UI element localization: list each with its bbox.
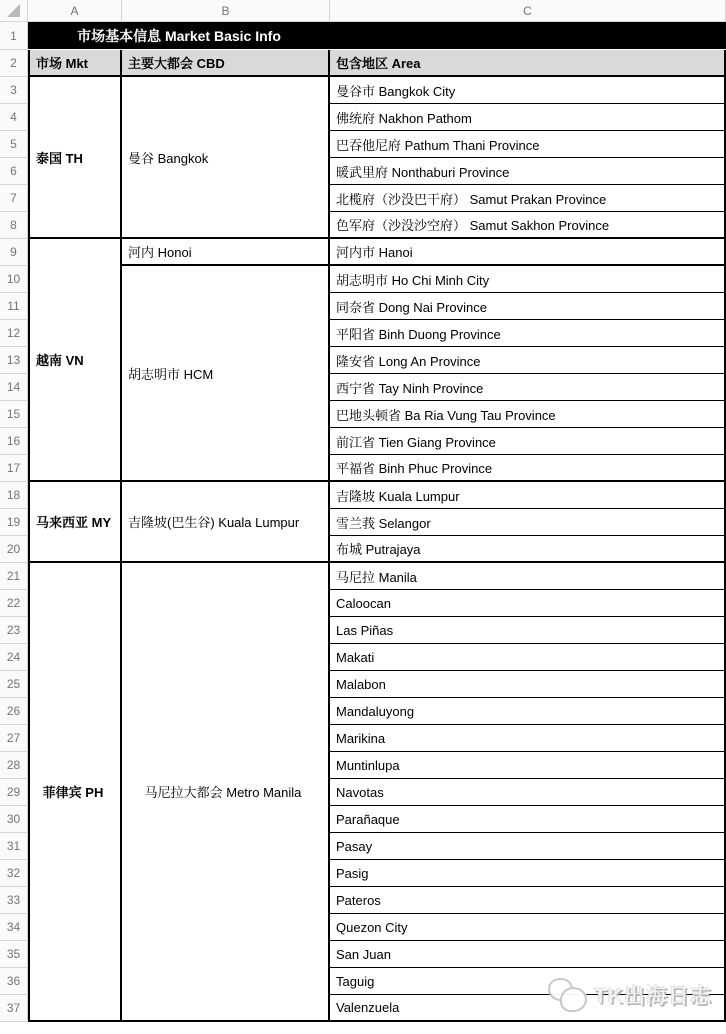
cell-area[interactable]: 平阳省 Binh Duong Province	[330, 320, 726, 347]
row-header-13[interactable]: 13	[0, 347, 28, 374]
cell-area[interactable]: Navotas	[330, 779, 726, 806]
row-header-22[interactable]: 22	[0, 590, 28, 617]
row-header-20[interactable]: 20	[0, 536, 28, 563]
cell-area[interactable]: 暖武里府 Nonthaburi Province	[330, 158, 726, 185]
column-header-b[interactable]: B	[122, 0, 330, 22]
cell-cbd[interactable]: 胡志明市 HCM	[122, 266, 330, 482]
cell-cbd[interactable]: 马尼拉大都会 Metro Manila	[122, 563, 330, 1022]
row-header-9[interactable]: 9	[0, 239, 28, 266]
cell-area[interactable]: 佛统府 Nakhon Pathom	[330, 104, 726, 131]
cell-area[interactable]: 西宁省 Tay Ninh Province	[330, 374, 726, 401]
cell-area[interactable]: Malabon	[330, 671, 726, 698]
cell-area[interactable]: Pasay	[330, 833, 726, 860]
cell-area[interactable]: Marikina	[330, 725, 726, 752]
row-header-5[interactable]: 5	[0, 131, 28, 158]
cell-area[interactable]: Caloocan	[330, 590, 726, 617]
row-header-34[interactable]: 34	[0, 914, 28, 941]
row-header-6[interactable]: 6	[0, 158, 28, 185]
row-header-4[interactable]: 4	[0, 104, 28, 131]
row-header-33[interactable]: 33	[0, 887, 28, 914]
select-all-corner[interactable]	[0, 0, 28, 22]
header-area[interactable]: 包含地区 Area	[330, 50, 726, 77]
cell-area[interactable]: 雪兰莪 Selangor	[330, 509, 726, 536]
cell-area[interactable]: 巴地头顿省 Ba Ria Vung Tau Province	[330, 401, 726, 428]
cell-market[interactable]: 马来西亚 MY	[28, 482, 122, 563]
row-header-36[interactable]: 36	[0, 968, 28, 995]
cell-area[interactable]: Taguig	[330, 968, 726, 995]
cell-area[interactable]: 北榄府（沙没巴干府） Samut Prakan Province	[330, 185, 726, 212]
row-header-8[interactable]: 8	[0, 212, 28, 239]
cell-area[interactable]: 平福省 Binh Phuc Province	[330, 455, 726, 482]
row-header-10[interactable]: 10	[0, 266, 28, 293]
worksheet-grid: A B C 市场基本信息 Market Basic Info 市场 Mkt 主要…	[0, 0, 726, 1022]
cell-area[interactable]: 曼谷市 Bangkok City	[330, 77, 726, 104]
row-header-19[interactable]: 19	[0, 509, 28, 536]
row-header-16[interactable]: 16	[0, 428, 28, 455]
cell-area[interactable]: 色军府（沙没沙空府） Samut Sakhon Province	[330, 212, 726, 239]
cell-cbd[interactable]: 河内 Honoi	[122, 239, 330, 266]
row-header-21[interactable]: 21	[0, 563, 28, 590]
row-header-1[interactable]: 1	[0, 22, 28, 50]
cell-area[interactable]: Pasig	[330, 860, 726, 887]
select-all-triangle-icon	[7, 4, 20, 17]
row-header-11[interactable]: 11	[0, 293, 28, 320]
row-header-24[interactable]: 24	[0, 644, 28, 671]
spreadsheet: A B C 市场基本信息 Market Basic Info 市场 Mkt 主要…	[0, 0, 726, 1034]
cell-area[interactable]: 河内市 Hanoi	[330, 239, 726, 266]
cell-area[interactable]: 隆安省 Long An Province	[330, 347, 726, 374]
cell-area[interactable]: Parañaque	[330, 806, 726, 833]
cell-area[interactable]: Pateros	[330, 887, 726, 914]
cell-area[interactable]: 马尼拉 Manila	[330, 563, 726, 590]
row-header-26[interactable]: 26	[0, 698, 28, 725]
column-header-c[interactable]: C	[330, 0, 726, 22]
row-header-15[interactable]: 15	[0, 401, 28, 428]
row-header-37[interactable]: 37	[0, 995, 28, 1022]
cell-area[interactable]: 巴吞他尼府 Pathum Thani Province	[330, 131, 726, 158]
cell-market[interactable]: 越南 VN	[28, 239, 122, 482]
row-header-23[interactable]: 23	[0, 617, 28, 644]
row-header-7[interactable]: 7	[0, 185, 28, 212]
cell-area[interactable]: 胡志明市 Ho Chi Minh City	[330, 266, 726, 293]
row-header-30[interactable]: 30	[0, 806, 28, 833]
cell-area[interactable]: San Juan	[330, 941, 726, 968]
cell-area[interactable]: Muntinlupa	[330, 752, 726, 779]
header-mkt[interactable]: 市场 Mkt	[28, 50, 122, 77]
row-header-29[interactable]: 29	[0, 779, 28, 806]
row-header-35[interactable]: 35	[0, 941, 28, 968]
column-header-a[interactable]: A	[28, 0, 122, 22]
cell-market[interactable]: 泰国 TH	[28, 77, 122, 239]
cell-market[interactable]: 菲律宾 PH	[28, 563, 122, 1022]
row-header-3[interactable]: 3	[0, 77, 28, 104]
cell-area[interactable]: 布城 Putrajaya	[330, 536, 726, 563]
row-header-28[interactable]: 28	[0, 752, 28, 779]
cell-cbd[interactable]: 吉隆坡(巴生谷) Kuala Lumpur	[122, 482, 330, 563]
row-header-31[interactable]: 31	[0, 833, 28, 860]
cell-cbd[interactable]: 曼谷 Bangkok	[122, 77, 330, 239]
header-cbd[interactable]: 主要大都会 CBD	[122, 50, 330, 77]
row-header-32[interactable]: 32	[0, 860, 28, 887]
row-header-18[interactable]: 18	[0, 482, 28, 509]
cell-area[interactable]: Makati	[330, 644, 726, 671]
row-header-12[interactable]: 12	[0, 320, 28, 347]
row-header-27[interactable]: 27	[0, 725, 28, 752]
cell-area[interactable]: Las Piñas	[330, 617, 726, 644]
cell-area[interactable]: 吉隆坡 Kuala Lumpur	[330, 482, 726, 509]
sheet-title-cell[interactable]: 市场基本信息 Market Basic Info	[28, 22, 330, 50]
row-header-14[interactable]: 14	[0, 374, 28, 401]
sheet-title-fill-cell[interactable]	[330, 22, 726, 50]
cell-area[interactable]: Quezon City	[330, 914, 726, 941]
cell-area[interactable]: 前江省 Tien Giang Province	[330, 428, 726, 455]
cell-area[interactable]: Mandaluyong	[330, 698, 726, 725]
row-header-17[interactable]: 17	[0, 455, 28, 482]
cell-area[interactable]: Valenzuela	[330, 995, 726, 1022]
row-header-2[interactable]: 2	[0, 50, 28, 77]
row-header-25[interactable]: 25	[0, 671, 28, 698]
cell-area[interactable]: 同奈省 Dong Nai Province	[330, 293, 726, 320]
